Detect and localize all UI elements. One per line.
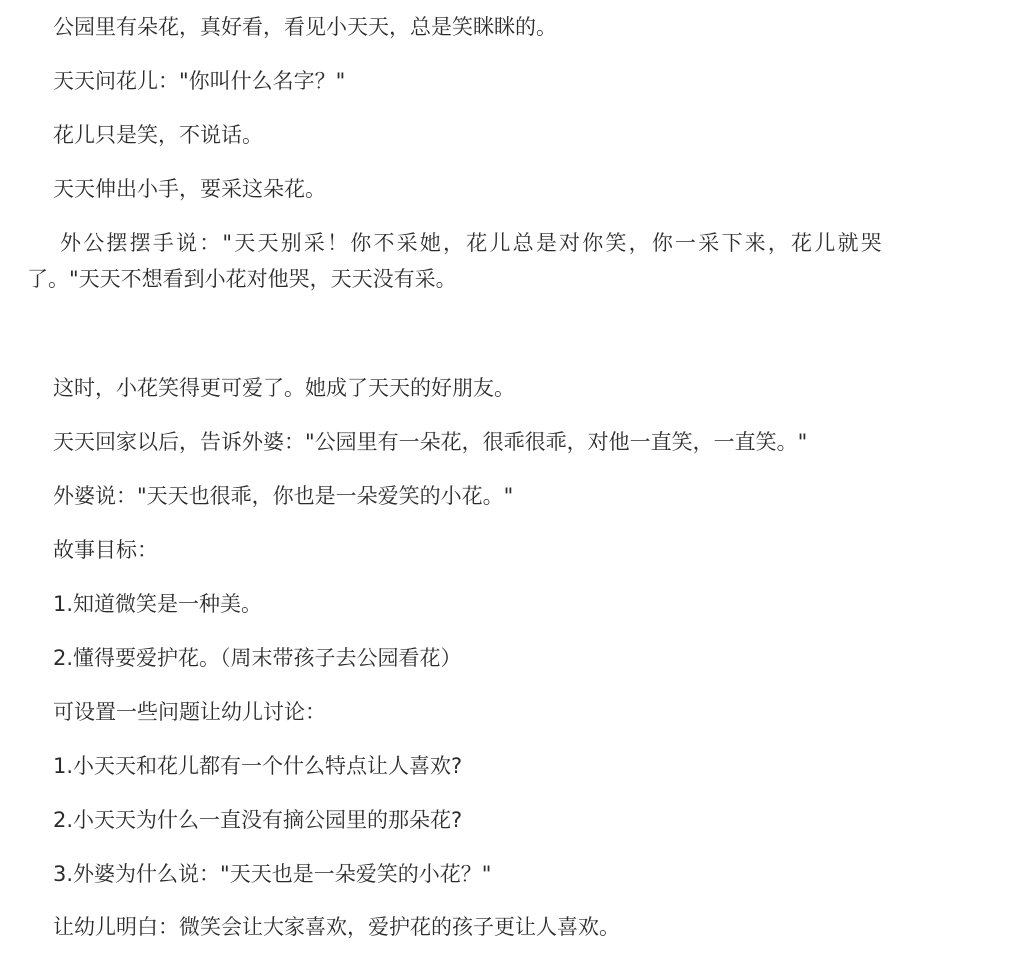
- story-paragraph: 这时，小花笑得更可爱了。她成了天天的好朋友。: [53, 374, 515, 402]
- story-paragraph: 公园里有朵花，真好看，看见小天天，总是笑眯眯的。: [53, 13, 557, 41]
- story-paragraph: 天天伸出小手，要采这朵花。: [53, 175, 326, 203]
- story-paragraph: 花儿只是笑，不说话。: [53, 121, 263, 149]
- grandpa-paragraph: 外公摆摆手说："天天别采！你不采她，花儿总是对你笑，你一采下来，花儿就哭 了。"…: [27, 225, 1002, 297]
- grandpa-paragraph-line-2: 了。"天天不想看到小花对他哭，天天没有采。: [27, 261, 1002, 297]
- story-paragraph: 天天问花儿："你叫什么名字？": [53, 67, 345, 95]
- goal-item: 1.知道微笑是一种美。: [53, 590, 262, 618]
- story-paragraph: 外婆说："天天也很乖，你也是一朵爱笑的小花。": [53, 482, 513, 510]
- discussion-question: 3.外婆为什么说："天天也是一朵爱笑的小花？": [53, 860, 491, 888]
- goal-item: 2.懂得要爱护花。（周末带孩子去公园看花）: [53, 644, 462, 672]
- discussion-heading: 可设置一些问题让幼儿讨论：: [53, 698, 326, 726]
- goals-heading: 故事目标：: [53, 536, 158, 564]
- grandpa-paragraph-line-1: 外公摆摆手说："天天别采！你不采她，花儿总是对你笑，你一采下来，花儿就哭: [27, 225, 1002, 261]
- conclusion-text: 让幼儿明白：微笑会让大家喜欢，爱护花的孩子更让人喜欢。: [53, 913, 620, 941]
- story-paragraph: 天天回家以后，告诉外婆："公园里有一朵花，很乖很乖，对他一直笑，一直笑。": [53, 428, 807, 456]
- discussion-question: 2.小天天为什么一直没有摘公园里的那朵花?: [53, 806, 462, 834]
- discussion-question: 1.小天天和花儿都有一个什么特点让人喜欢?: [53, 752, 462, 780]
